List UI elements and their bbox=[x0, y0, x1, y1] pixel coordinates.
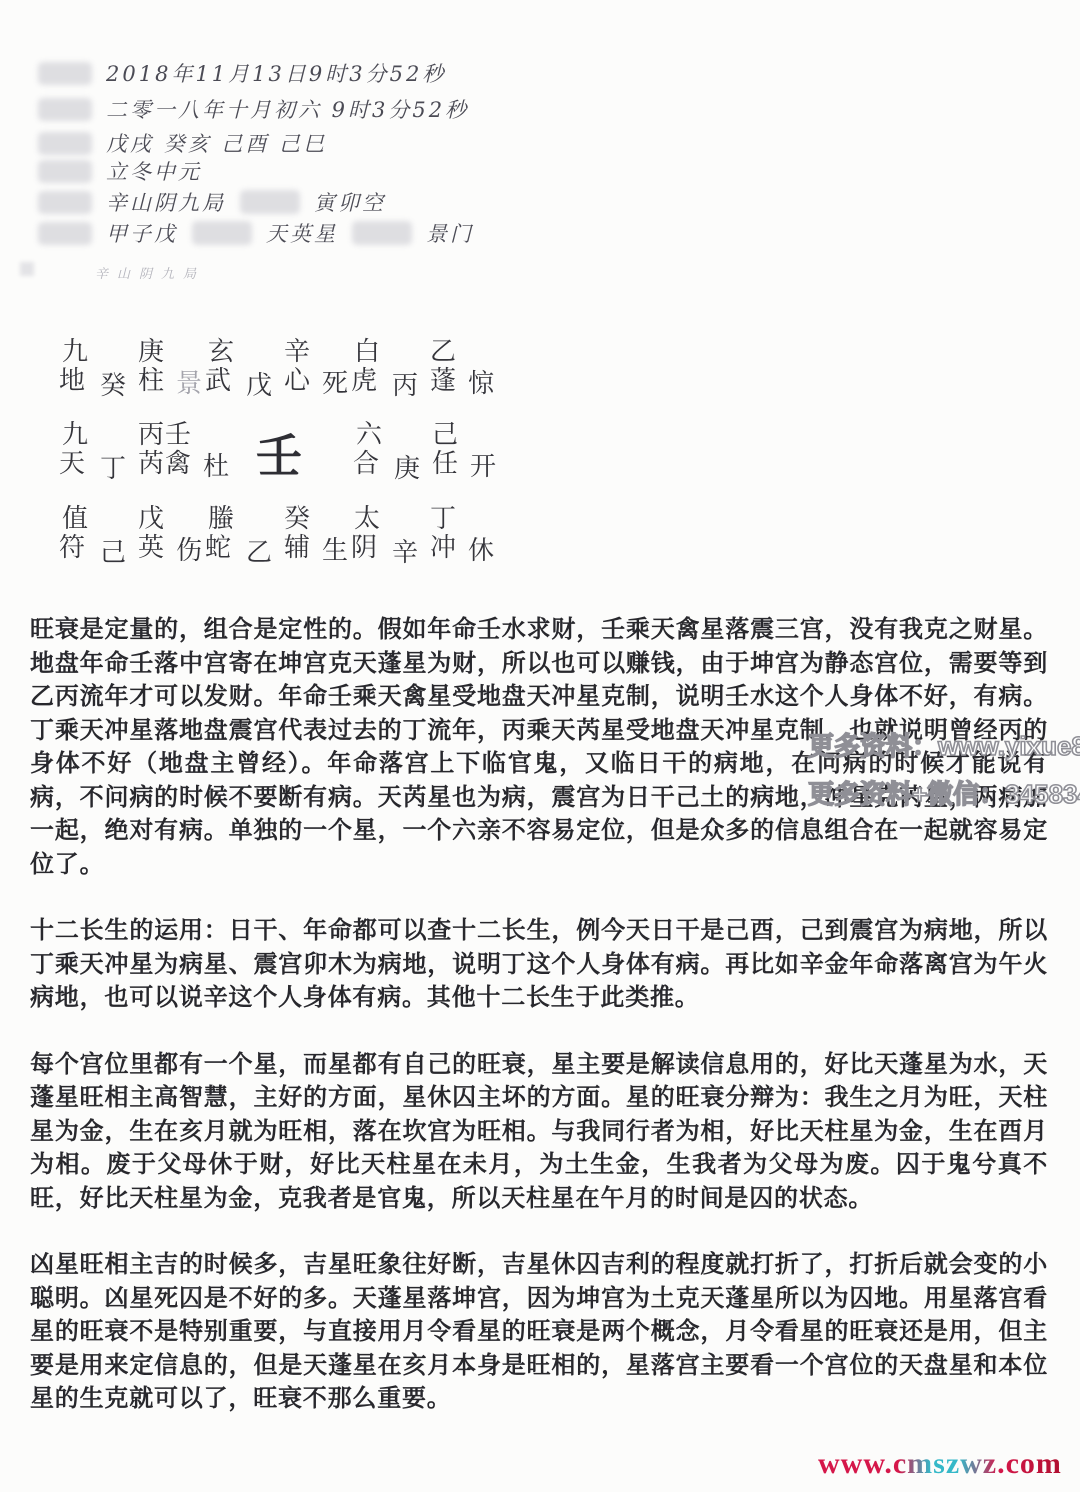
paragraph-twelve-stages: 十二长生的运用：日干、年命都可以查十二长生，例今天日干是己酉，己到震宫为病地，所… bbox=[30, 914, 1048, 1015]
scanned-document-page: 2018年11月13日9时3分52秒 二零一八年十月初六 9时3分52秒 戊戌 … bbox=[0, 0, 1080, 1492]
palace-deity: 九地 bbox=[62, 337, 89, 395]
palace-door: 死 bbox=[322, 369, 349, 398]
redacted-label bbox=[38, 191, 92, 214]
palace-deity: 六合 bbox=[356, 420, 383, 478]
four-pillars: 戊戌 癸亥 己酉 己巳 bbox=[106, 128, 327, 158]
palace-earth-stem: 庚 bbox=[394, 454, 421, 483]
palace-star-stack: 乙蓬 bbox=[430, 337, 457, 395]
xunshou: 甲子戊 bbox=[106, 218, 178, 248]
header-line-duty: 甲子戊 天英星 景门 bbox=[38, 218, 474, 248]
palace-star: 蓬 bbox=[430, 366, 457, 395]
palace-earth-stem: 辛 bbox=[392, 538, 419, 567]
palace-heaven-stem: 丙壬 bbox=[138, 420, 192, 449]
palace-deity: 值符 bbox=[62, 504, 89, 562]
palace-star-stack: 庚柱 bbox=[138, 337, 165, 395]
palace-deity: 太阴 bbox=[354, 504, 381, 562]
palace-star: 任 bbox=[432, 449, 459, 478]
redacted-label bbox=[352, 221, 412, 245]
header-line-solar-date: 2018年11月13日9时3分52秒 bbox=[38, 58, 446, 88]
duty-star: 天英星 bbox=[266, 218, 338, 248]
palace-star-stack: 丁冲 bbox=[430, 504, 457, 562]
redacted-label bbox=[38, 222, 92, 245]
palace-door: 伤 bbox=[176, 536, 203, 565]
palace-earth-stem: 丁 bbox=[100, 454, 127, 483]
palace-heaven-stem: 己 bbox=[432, 420, 459, 449]
header-line-ju: 辛山阴九局 寅卯空 bbox=[38, 187, 386, 217]
palace-star: 芮禽 bbox=[138, 449, 192, 478]
palace-door: 惊 bbox=[468, 369, 495, 398]
palace-deity: 九天 bbox=[62, 420, 89, 478]
palace-star: 冲 bbox=[430, 533, 457, 562]
palace-earth-stem: 丙 bbox=[392, 371, 419, 400]
paragraph-star-strength: 每个宫位里都有一个星，而星都有自己的旺衰，星主要是解读信息用的，好比天蓬星为水，… bbox=[30, 1048, 1048, 1216]
palace-star-stack: 癸辅 bbox=[284, 504, 311, 562]
redacted-label bbox=[38, 160, 92, 183]
center-palace-stem: 壬 bbox=[256, 420, 302, 486]
watermark-url-line: 更多资料：www.yixue88.cn bbox=[808, 722, 1080, 770]
palace-star-stack: 辛心 bbox=[284, 337, 311, 395]
palace-star: 柱 bbox=[138, 366, 165, 395]
duty-door: 景门 bbox=[426, 218, 474, 248]
palace-door: 生 bbox=[322, 536, 349, 565]
watermark-wechat-line: 更多资料+微信：3458344044 bbox=[808, 770, 1080, 818]
header-line-lunar-date: 二零一八年十月初六 9时3分52秒 bbox=[38, 94, 469, 124]
palace-star: 辅 bbox=[284, 533, 311, 562]
palace-earth-stem: 戊 bbox=[246, 371, 273, 400]
palace-door: 杜 bbox=[203, 452, 230, 481]
palace-door: 休 bbox=[468, 536, 495, 565]
palace-deity: 玄武 bbox=[208, 337, 235, 395]
palace-heaven-stem: 庚 bbox=[138, 337, 165, 366]
solar-term: 立冬中元 bbox=[106, 156, 202, 186]
qimen-palace-xun: 九地 癸 庚柱 景 bbox=[62, 337, 203, 395]
palace-heaven-stem: 乙 bbox=[430, 337, 457, 366]
qimen-palace-kun: 白虎 丙 乙蓬 惊 bbox=[354, 337, 495, 395]
ju-name: 辛山阴九局 bbox=[106, 187, 226, 217]
paragraph-lucky-unlucky-stars: 凶星旺相主吉的时候多，吉星旺象往好断，吉星休囚吉利的程度就打折了，打折后就会变的… bbox=[30, 1248, 1048, 1416]
header-line-four-pillars: 戊戌 癸亥 己酉 己巳 bbox=[38, 128, 327, 158]
solar-datetime: 2018年11月13日9时3分52秒 bbox=[106, 58, 446, 88]
redacted-label bbox=[240, 190, 300, 214]
redacted-label bbox=[38, 132, 92, 155]
palace-door: 开 bbox=[470, 452, 497, 481]
palace-star-stack: 丙壬芮禽 bbox=[138, 420, 192, 478]
palace-earth-stem: 己 bbox=[100, 538, 127, 567]
palace-heaven-stem: 癸 bbox=[284, 504, 311, 533]
qimen-palace-qian: 太阴 辛 丁冲 休 bbox=[354, 504, 495, 562]
palace-star: 心 bbox=[284, 366, 311, 395]
palace-deity: 白虎 bbox=[354, 337, 381, 395]
qimen-palace-kan: 螣蛇 乙 癸辅 生 bbox=[208, 504, 349, 562]
palace-star-stack: 己任 bbox=[432, 420, 459, 478]
header-line-solar-term: 立冬中元 bbox=[38, 156, 202, 186]
palace-earth-stem: 乙 bbox=[246, 538, 273, 567]
qimen-palace-gen: 值符 己 戊英 伤 bbox=[62, 504, 203, 562]
palace-heaven-stem: 丁 bbox=[430, 504, 457, 533]
qimen-palace-dui: 六合 庚 己任 开 bbox=[356, 420, 497, 478]
palace-door: 景 bbox=[176, 369, 203, 398]
palace-star: 英 bbox=[138, 533, 165, 562]
palace-heaven-stem: 辛 bbox=[284, 337, 311, 366]
redacted-label bbox=[38, 98, 92, 121]
palace-earth-stem: 癸 bbox=[100, 371, 127, 400]
faint-ju-note: 辛山阴九局 bbox=[95, 263, 205, 282]
faint-mark bbox=[20, 262, 34, 276]
redacted-label bbox=[192, 221, 252, 245]
palace-heaven-stem: 戊 bbox=[138, 504, 165, 533]
lunar-datetime: 二零一八年十月初六 9时3分52秒 bbox=[106, 94, 469, 124]
void-branches: 寅卯空 bbox=[314, 187, 386, 217]
site-watermark: 更多资料：www.yixue88.cn 更多资料+微信：3458344044 bbox=[808, 722, 1080, 818]
palace-star-stack: 戊英 bbox=[138, 504, 165, 562]
qimen-palace-zhen: 九天 丁 丙壬芮禽 杜 bbox=[62, 420, 230, 478]
qimen-palace-li: 玄武 戊 辛心 死 bbox=[208, 337, 349, 395]
redacted-label bbox=[38, 62, 92, 85]
bottom-site-watermark: www.cmszwz.com bbox=[818, 1447, 1062, 1481]
palace-deity: 螣蛇 bbox=[208, 504, 235, 562]
